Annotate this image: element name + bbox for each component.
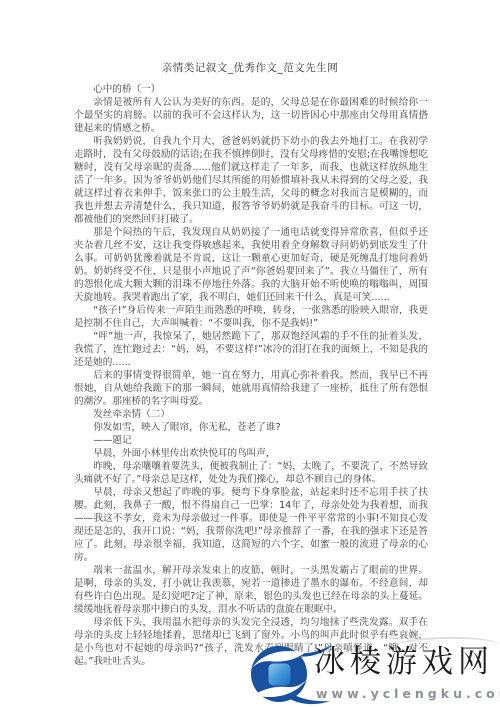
page: 亲情类记叙文_优秀作文_范文先生网 心中的桥（一）亲情是被所有人公认为美好的东西…	[0, 0, 500, 707]
essay-paragraph: 听我奶奶说，自我九个月大，爸爸妈妈就扔下幼小的我去外地打工。在我初学走路时，没有…	[74, 135, 428, 226]
watermark: 冰棱游戏网 www.yclengku.com	[250, 628, 500, 707]
essay-paragraph: 那是个闷热的午后，我发现自从奶奶接了一通电话就变得异常欣喜，但似乎还夹杂着几丝不…	[74, 226, 428, 304]
essay-paragraph: 心中的桥（一）	[74, 83, 428, 96]
essay-body: 心中的桥（一）亲情是被所有人公认为美好的东西。是的，父母总是在你最困难的时候给你…	[74, 83, 428, 668]
essay-paragraph: 昨晚，母亲嚷嚷着要洗头，便被我制止了：“妈，太晚了，不要洗了，不然导致头痛就不好…	[74, 460, 428, 486]
essay-paragraph: 发丝牵亲情（二）	[74, 408, 428, 421]
essay-paragraph: 端来一盆温水，解开母亲发束上的皮筋，顿时，一头黑发霸占了眼前的世界。是啊，母亲的…	[74, 564, 428, 616]
essay-paragraph: 早晨，外面小林里传出欢快悦耳的鸟叫声，	[74, 447, 428, 460]
site-url: www.yclengku.com	[316, 686, 500, 701]
page-title: 亲情类记叙文_优秀作文_范文先生网	[0, 60, 500, 75]
essay-paragraph: ——题记	[74, 434, 428, 447]
essay-paragraph: 早晨，母亲又想起了昨晚的事。便弯下身拿脸盆，站起来时还不忘用手扶了扶腰。此刻，我…	[74, 486, 428, 564]
essay-paragraph: 后来的事情变得很简单，她一直在努力，用真心弥补着我。然而，我早已不再恨她，自从她…	[74, 369, 428, 408]
essay-paragraph: 亲情是被所有人公认为美好的东西。是的，父母总是在你最困难的时候给你一个最坚实的肩…	[74, 96, 428, 135]
site-name: 冰棱游戏网	[314, 642, 500, 682]
essay-paragraph: “呯”地一声，我惊呆了，她居然跪下了，那双饱经风霜的手不住的扯着头发，我慌了，连…	[74, 330, 428, 369]
essay-paragraph: “孩子!”身后传来一声陌生而熟悉的呼唤，转身，一张熟悉的脸映入眼帘，我更是控制不…	[74, 304, 428, 330]
essay-paragraph: 你发如雪，映入了眼帘，你无私，苍老了谁?	[74, 421, 428, 434]
